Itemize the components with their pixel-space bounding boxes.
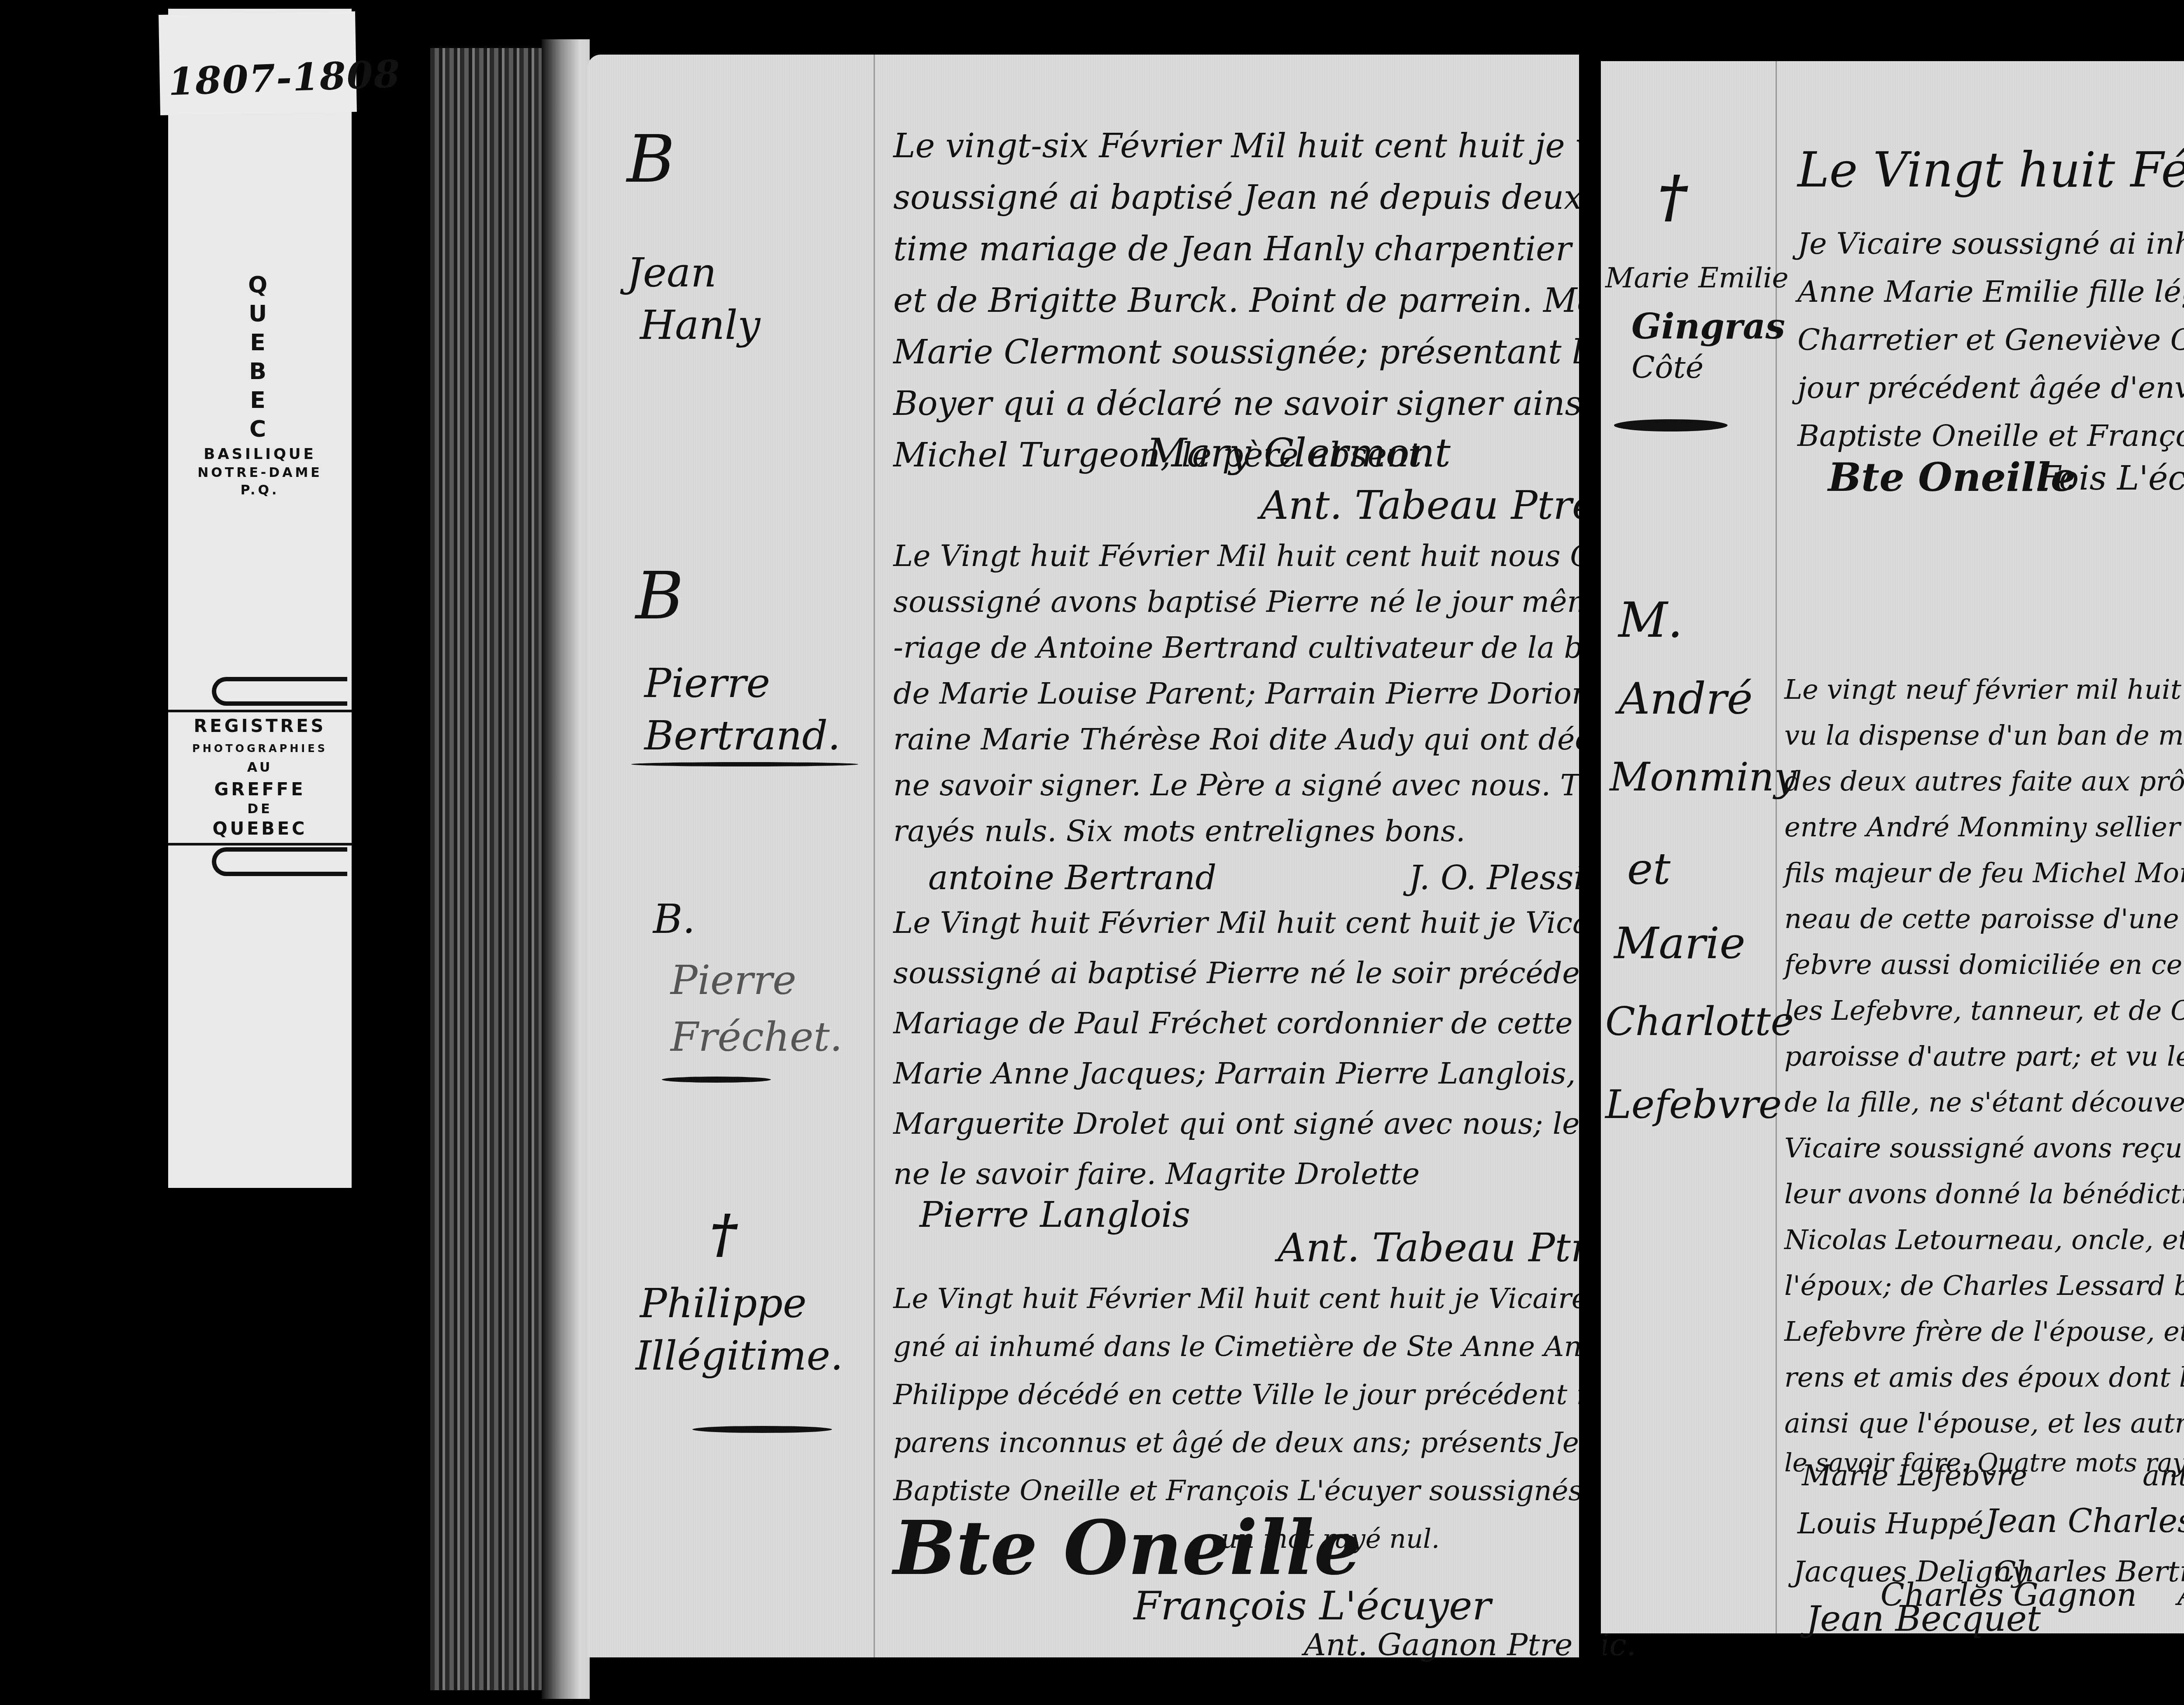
paper-clip-icon: [212, 677, 347, 706]
record-line: leur avons donné la bénédiction nuptiale…: [1784, 1168, 2184, 1220]
record-line: l'époux; de Charles Lessard beau-père, e…: [1784, 1260, 2184, 1312]
record-line: jour précédent âgée d'environ cinq mois;…: [1797, 362, 2184, 414]
margin-name: Bertrand.: [644, 710, 840, 762]
label-divider: [168, 843, 352, 846]
signature: Charles Gagnon: [1880, 1577, 2137, 1613]
margin-name: Pierre: [670, 954, 796, 1007]
signature: J. O. Plessis: [1409, 858, 1601, 897]
entry-type-mark: M.: [1618, 594, 1683, 646]
label-archive-1: REGISTRES: [168, 716, 352, 736]
margin-name: Jean: [627, 247, 716, 299]
record-line: de Marie Louise Parent; Parrain Pierre D…: [893, 668, 1683, 720]
label-parish-3: P.Q.: [168, 483, 352, 498]
margin-name: Monminy: [1610, 751, 1796, 804]
margin-name: Côté: [1631, 349, 1704, 385]
record-line: febvre aussi domiciliée en cette ville, …: [1784, 939, 2184, 991]
margin-name: Pierre: [644, 657, 770, 710]
label-archive-4: GREFFE: [168, 780, 352, 800]
margin-name: Marie: [1614, 917, 1745, 970]
paper-clip-icon: [212, 847, 347, 876]
flourish-divider: [1614, 419, 1728, 431]
cross-icon: †: [1658, 170, 1687, 223]
record-line: Le vingt neuf février mil huit cent huit: [1784, 664, 2184, 715]
record-line: Philippe décédé en cette Ville le jour p…: [893, 1369, 1654, 1421]
record-line: Je Vicaire soussigné ai inhumé dans le C…: [1797, 218, 2184, 270]
margin-name: Marie Emilie: [1605, 262, 1789, 294]
record-line: paroisse d'autre part; et vu le consente…: [1784, 1031, 2184, 1082]
signature: Jean Charles Lefebvre: [1985, 1502, 2184, 1540]
archive-label-strip: 1807-1808 Q U E B E C BASILIQUE NOTRE-DA…: [168, 9, 352, 1188]
signature: Fois L'écuyer: [2038, 459, 2184, 497]
signature: Pierre Langlois: [919, 1194, 1190, 1235]
book-gutter: [1579, 48, 1603, 1673]
signature: Ant. Gagnon Ptre vic.: [2177, 1577, 2184, 1612]
entry-type-mark: B: [627, 133, 675, 186]
signature: antoine Bertrand: [928, 858, 1216, 897]
record-line: Vicaire soussigné avons reçu leur mutuel…: [1784, 1122, 2184, 1174]
record-line: Le vingt-six Février Mil huit cent huit …: [893, 120, 1690, 172]
flourish-divider: [631, 762, 858, 766]
record-line: Le Vingt huit Février Mil huit cent huit…: [893, 897, 1631, 949]
label-archive-5: DE: [168, 801, 352, 817]
margin-name: Lefebvre: [1605, 1079, 1782, 1131]
record-line: de la fille, ne s'étant découvert aucun …: [1784, 1077, 2184, 1128]
margin-name: Charlotte: [1605, 996, 1794, 1048]
right-page: vingt dixième 118 † Marie Emilie Gingras…: [1601, 61, 2184, 1633]
record-line: Anne Marie Emilie fille légitime de Jose…: [1797, 266, 2184, 318]
book-binding-left: [542, 39, 590, 1699]
margin-name: Philippe: [640, 1277, 807, 1330]
record-line: gné ai inhumé dans le Cimetière de Ste A…: [893, 1321, 1687, 1373]
entry-type-mark: B.: [653, 893, 695, 946]
left-page: B Jean Hanly Le vingt-six Février Mil hu…: [587, 55, 1583, 1657]
margin-name: et: [1627, 843, 1670, 895]
record-line: des deux autres faite aux prônes de nos …: [1784, 756, 2184, 807]
flourish-divider: [662, 1077, 771, 1083]
record-line: neau de cette paroisse d'une part; et Ma…: [1784, 893, 2184, 945]
record-line: vu la dispense d'un ban de mariage et la…: [1784, 710, 2184, 761]
record-line: les Lefebvre, tanneur, et de Charlotte B…: [1784, 985, 2184, 1036]
record-line: rayés nuls. Six mots entrelignes bons.: [893, 806, 1465, 857]
margin-rule: [1776, 61, 1777, 1633]
margin-rule: [874, 55, 875, 1657]
signature: François L'écuyer: [1133, 1583, 1491, 1629]
record-line: Lefebvre frère de l'épouse, et de plusie…: [1784, 1306, 2184, 1357]
signature: antoine Lefebvre: [2143, 1459, 2184, 1492]
signature: Bte Oneille: [893, 1505, 1361, 1592]
label-city-vertical: Q U E B E C: [245, 271, 271, 444]
margin-name: Illégitime.: [636, 1330, 843, 1382]
label-archive-6: QUEBEC: [168, 819, 352, 839]
entry-type-mark: B: [636, 570, 684, 622]
margin-name: Gingras: [1631, 306, 1785, 347]
margin-name: Fréchet.: [670, 1011, 843, 1063]
label-parish-1: BASILIQUE: [168, 445, 352, 463]
record-line: ne le savoir faire. Magrite Drolette: [893, 1149, 1420, 1200]
flourish-divider: [692, 1426, 832, 1433]
record-line: Charretier et Geneviève Côté, décédée en…: [1797, 314, 2184, 366]
record-line: Le Vingt huit Février Mil huit cent huit…: [893, 1273, 1693, 1325]
record-line: raine Marie Thérèse Roi dite Audy qui on…: [893, 714, 1650, 766]
record-line: rens et amis des époux dont les uns ont …: [1784, 1352, 2184, 1403]
record-line: Le Vingt huit Février Mil huit cent huit: [1797, 144, 2184, 196]
cross-icon: †: [710, 1208, 737, 1260]
signature: Marie Lefebvre: [1802, 1459, 2027, 1492]
label-archive-3: AU: [168, 760, 352, 775]
label-divider: [168, 710, 352, 712]
signature: Louis Huppé: [1797, 1507, 1984, 1540]
record-line: entre André Monminy sellier domicilié en…: [1784, 801, 2184, 853]
label-years: 1807-1808: [167, 54, 356, 104]
record-line: fils majeur de feu Michel Monminy et de …: [1784, 847, 2184, 899]
label-parish-2: NOTRE-DAME: [168, 465, 352, 480]
record-line: Nicolas Letourneau, oncle, et d'Ignace L…: [1784, 1214, 2184, 1266]
margin-name: Hanly: [640, 299, 760, 352]
signature: Mary Clermont: [1147, 430, 1451, 476]
record-line: parens inconnus et âgé de deux ans; prés…: [893, 1417, 1623, 1469]
label-archive-2: PHOTOGRAPHIES: [168, 742, 352, 755]
margin-name: André: [1618, 673, 1753, 725]
